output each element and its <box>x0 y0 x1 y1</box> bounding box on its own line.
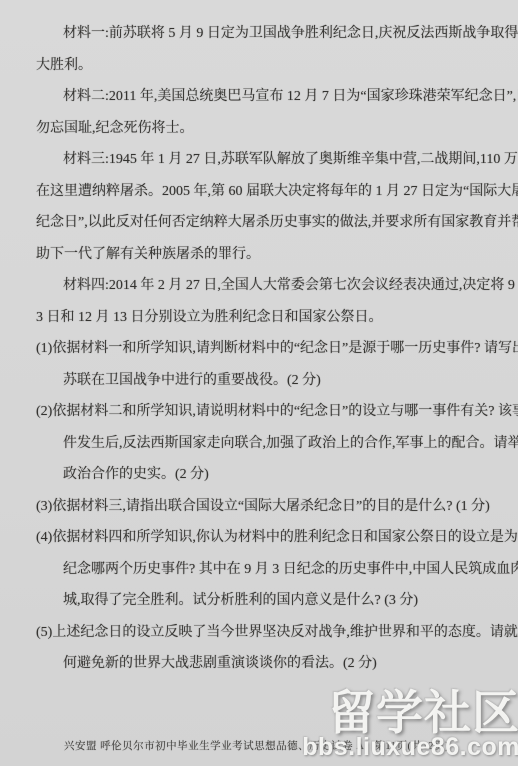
question-4-line: (4)依据材料四和所学知识,你认为材料中的胜利纪念日和国家公祭日的设立是为了 <box>36 522 486 554</box>
material-2-line: 材料二:2011 年,美国总统奥巴马宣布 12 月 7 日为“国家珍珠港荣军纪念… <box>36 81 486 113</box>
material-3-line: 纪念日”,以此反对任何否定纳粹大屠杀历史事实的做法,并要求所有国家教育并帮 <box>36 207 486 239</box>
question-4-line: 纪念哪两个历史事件? 其中在 9 月 3 日纪念的历史事件中,中国人民筑成血肉长 <box>36 554 486 586</box>
watermark-logo-text: 留学社区 <box>302 691 518 735</box>
question-4-line: 城,取得了完全胜利。试分析胜利的国内意义是什么? (3 分) <box>36 585 486 617</box>
exam-body-text: 材料一:前苏联将 5 月 9 日定为卫国战争胜利纪念日,庆祝反法西斯战争取得伟 … <box>36 18 486 680</box>
material-1-line: 材料一:前苏联将 5 月 9 日定为卫国战争胜利纪念日,庆祝反法西斯战争取得伟 <box>36 18 486 50</box>
material-3-line: 助下一代了解有关种族屠杀的罪行。 <box>36 239 486 271</box>
question-3-line: (3)依据材料三,请指出联合国设立“国际大屠杀纪念日”的目的是什么? (1 分) <box>36 491 486 523</box>
material-1-line: 大胜利。 <box>36 50 486 82</box>
material-4-line: 3 日和 12 月 13 日分别设立为胜利纪念日和国家公祭日。 <box>36 302 486 334</box>
question-5-line: 何避免新的世界大战悲剧重演谈谈你的看法。(2 分) <box>36 648 486 680</box>
question-2-line: 件发生后,反法西斯国家走向联合,加强了政治上的合作,军事上的配合。请举出 <box>36 428 486 460</box>
material-3-line: 在这里遭纳粹屠杀。2005 年,第 60 届联大决定将每年的 1 月 27 日定… <box>36 176 486 208</box>
question-5-line: (5)上述纪念日的设立反映了当今世界坚决反对战争,维护世界和平的态度。请就如 <box>36 617 486 649</box>
exam-title: 兴安盟 呼伦贝尔市初中毕业生学业考试思想品德、历史试卷 A <box>64 741 364 752</box>
question-2-line: (2)依据材料二和所学知识,请说明材料中的“纪念日”的设立与哪一事件有关? 该事 <box>36 396 486 428</box>
question-1-line: 苏联在卫国战争中进行的重要战役。(2 分) <box>36 365 486 397</box>
page-footer: 兴安盟 呼伦贝尔市初中毕业生学业考试思想品德、历史试卷 A第11页(共12页) <box>64 738 449 753</box>
question-2-line: 政治合作的史实。(2 分) <box>36 459 486 491</box>
page-number: 第11页(共12页) <box>374 741 449 752</box>
question-1-line: (1)依据材料一和所学知识,请判断材料中的“纪念日”是源于哪一历史事件? 请写出 <box>36 333 486 365</box>
material-3-line: 材料三:1945 年 1 月 27 日,苏联军队解放了奥斯维辛集中营,二战期间,… <box>36 144 486 176</box>
scanned-exam-page: 材料一:前苏联将 5 月 9 日定为卫国战争胜利纪念日,庆祝反法西斯战争取得伟 … <box>0 0 518 766</box>
material-2-line: 勿忘国耻,纪念死伤将士。 <box>36 113 486 145</box>
material-4-line: 材料四:2014 年 2 月 27 日,全国人大常委会第七次会议经表决通过,决定… <box>36 270 486 302</box>
